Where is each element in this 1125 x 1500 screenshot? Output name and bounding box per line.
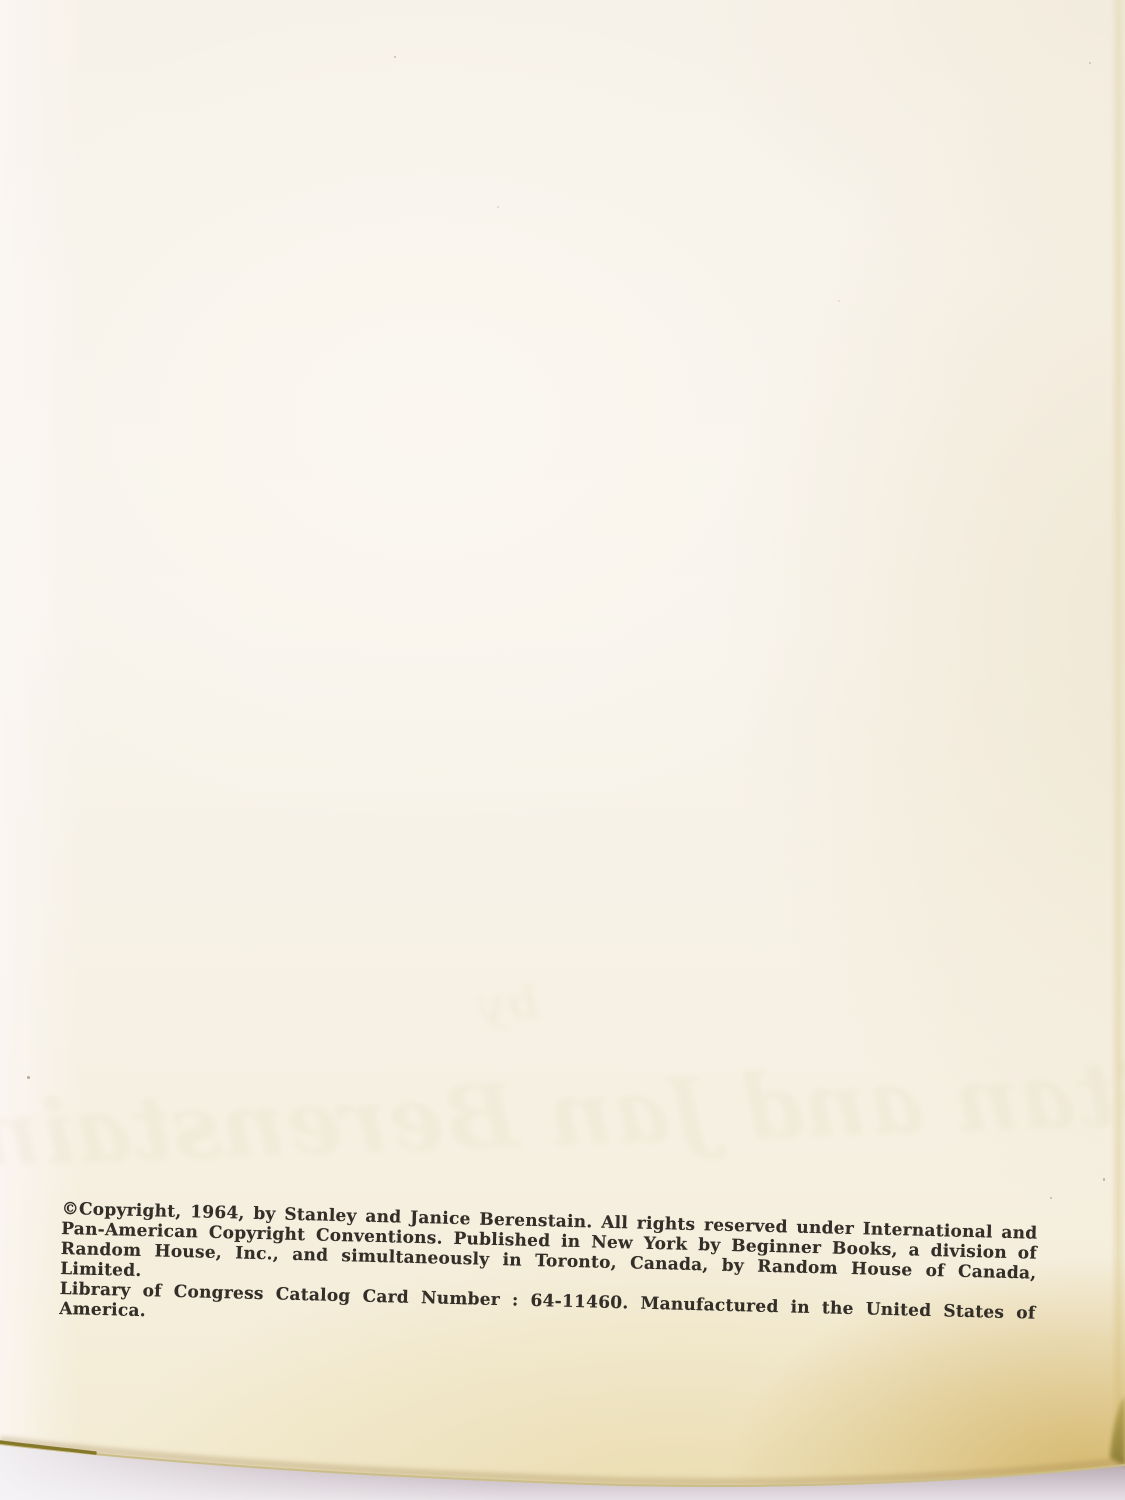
copyright-notice: ©Copyright, 1964, by Stanley and Janice … [59, 1199, 1038, 1344]
fore-edge-sliver [1110, 1396, 1125, 1466]
book-page-photo: by Stan and Jan Berenstain ©Copyright, 1… [0, 0, 1125, 1500]
page-bottom-edge [0, 1360, 1125, 1500]
